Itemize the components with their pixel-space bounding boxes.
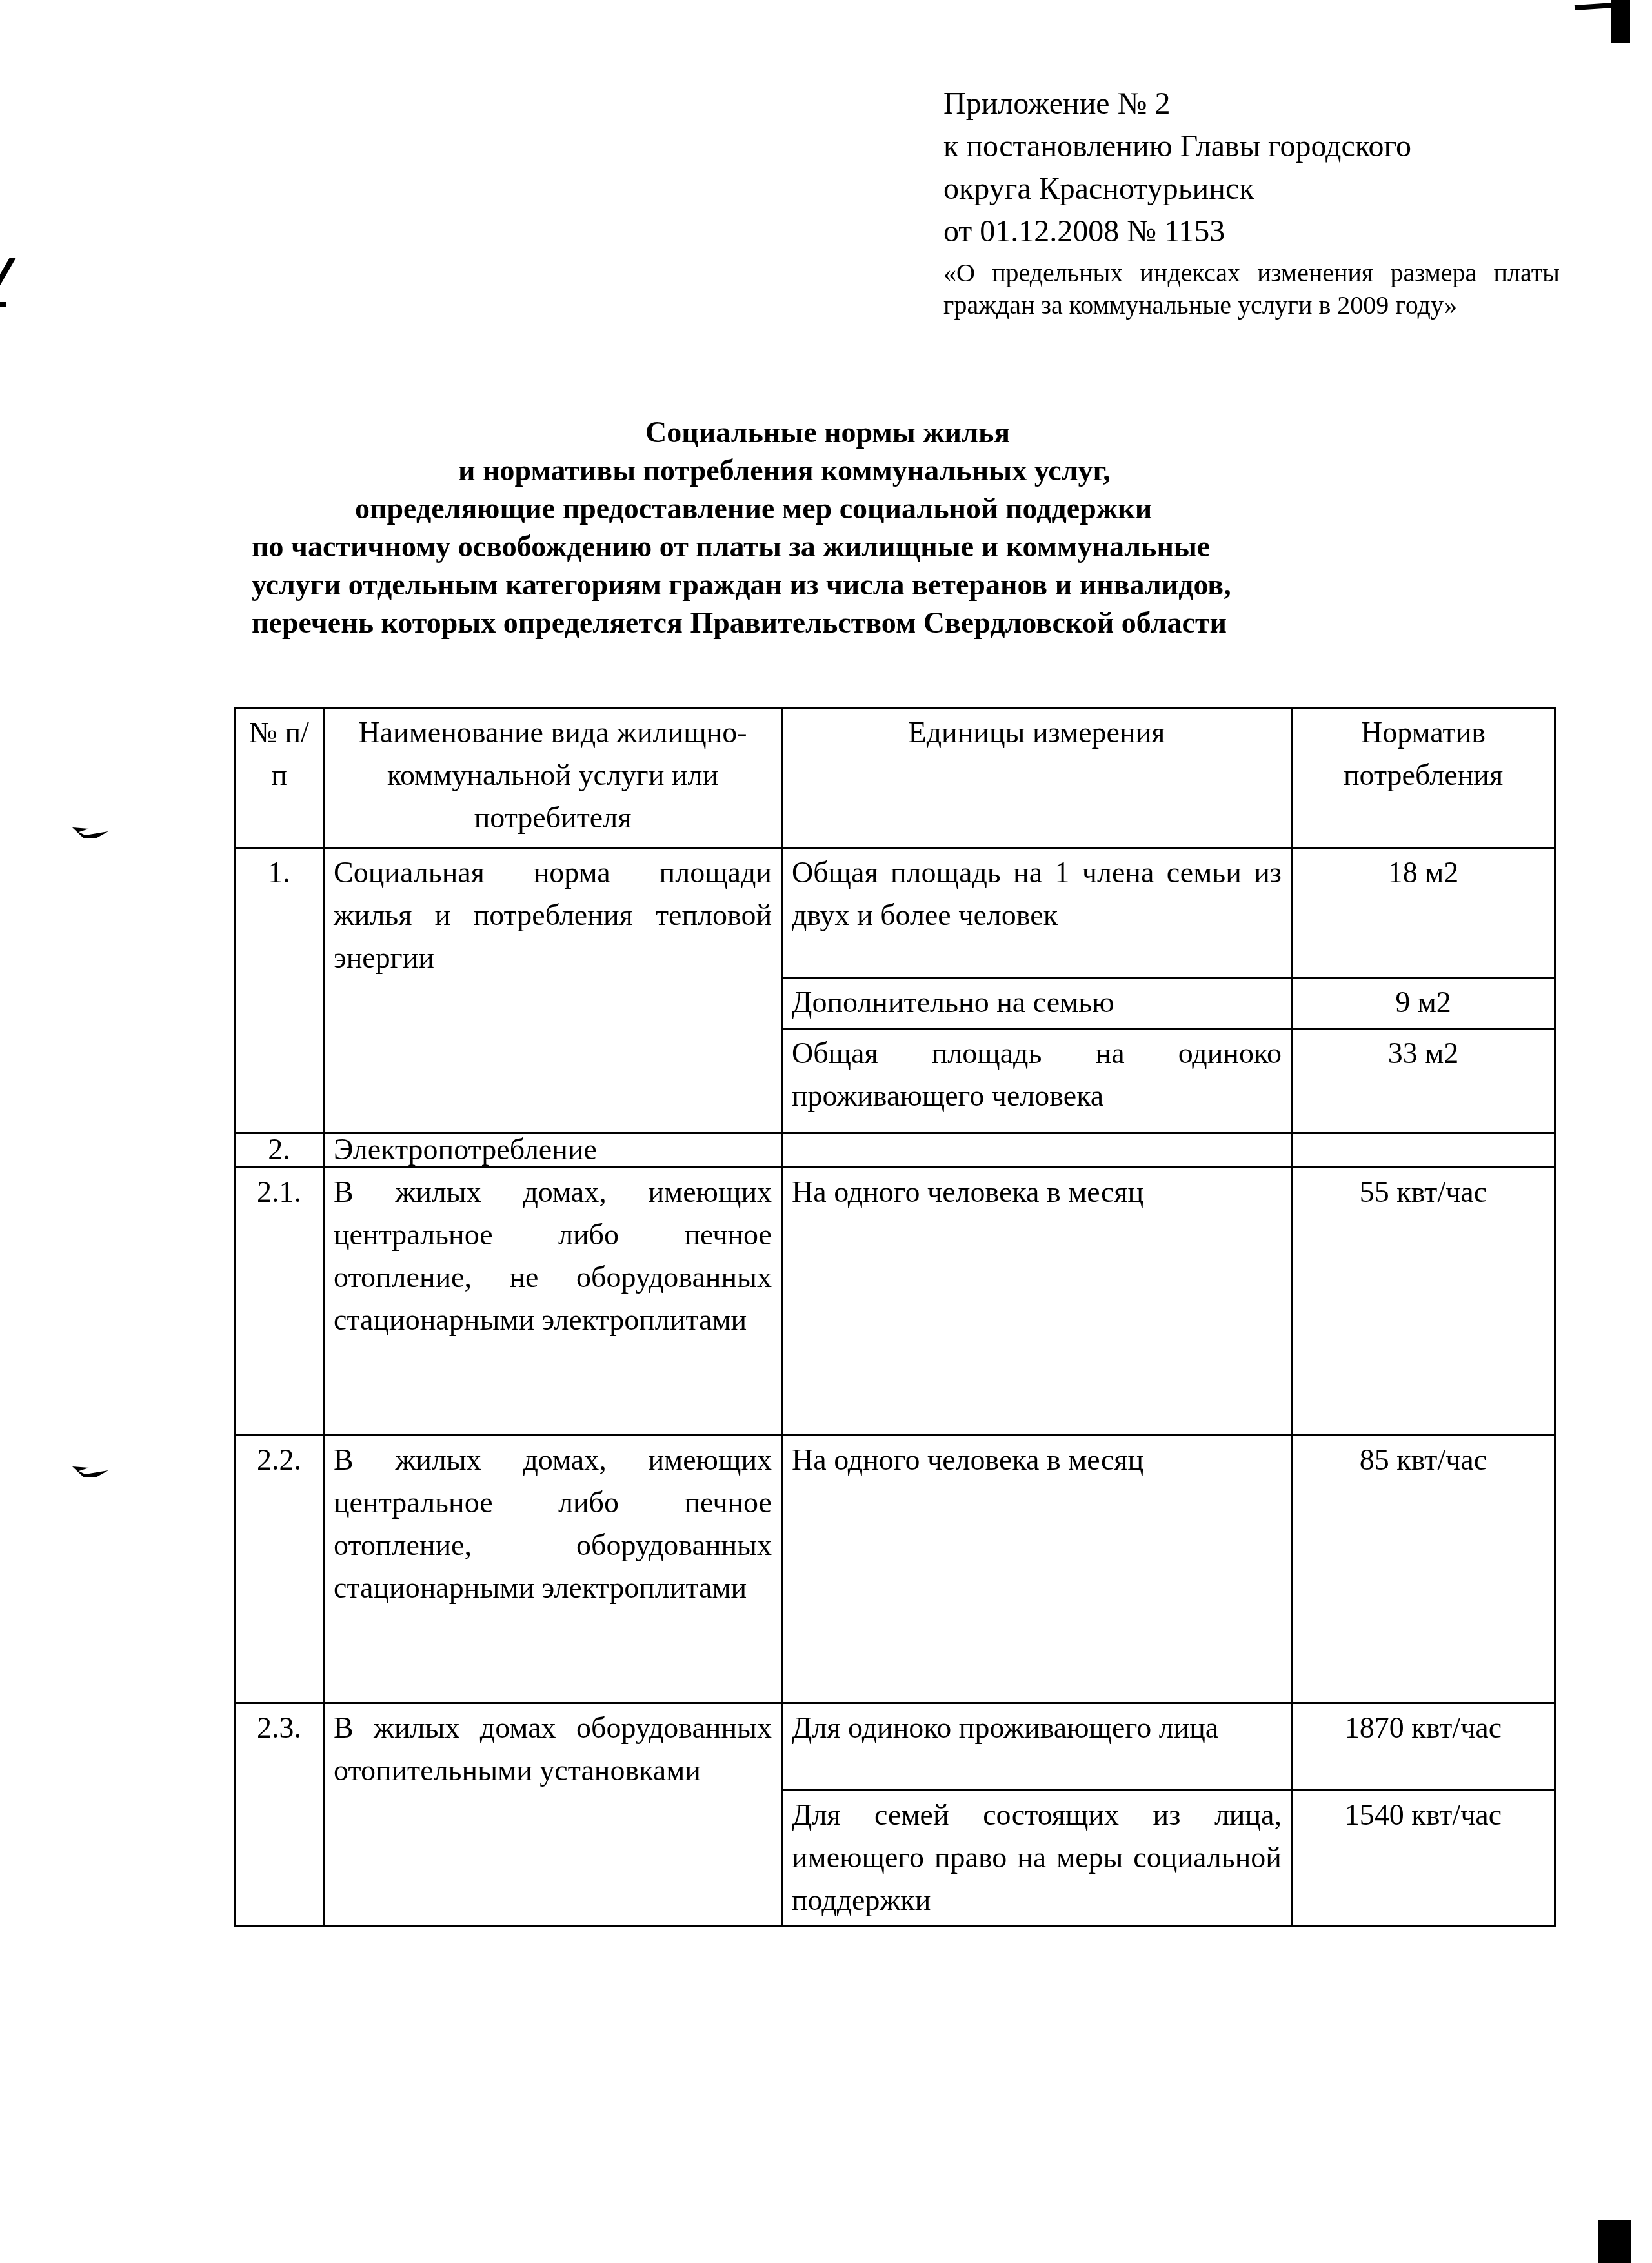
row-unit (782, 1133, 1292, 1168)
annex-reference: Приложение № 2 к постановлению Главы гор… (943, 83, 1563, 321)
annex-decree: к постановлению Главы городского (943, 125, 1563, 168)
annex-date-number: от 01.12.2008 № 1153 (943, 210, 1563, 253)
row-number: 2. (235, 1133, 324, 1168)
row-norm-value: 1540 квт/час (1292, 1791, 1555, 1927)
annex-number: Приложение № 2 (943, 83, 1563, 125)
punch-hook-mark (71, 1465, 110, 1479)
row-number: 2.2. (235, 1436, 324, 1703)
table-row: 1. Социальная норма площади жилья и потр… (235, 848, 1555, 978)
row-norm-value: 33 м2 (1292, 1029, 1555, 1133)
title-line: услуги отдельным категориям граждан из ч… (245, 565, 1536, 604)
row-norm-value: 55 квт/час (1292, 1168, 1555, 1436)
row-norm-value: 1870 квт/час (1292, 1703, 1555, 1791)
row-norm-value (1292, 1133, 1555, 1168)
scan-tick-mark (0, 258, 15, 290)
header-units: Единицы измерения (782, 708, 1292, 848)
row-service-name: В жилых домах, имеющих центральное либо … (324, 1168, 782, 1436)
row-unit: На одного человека в месяц (782, 1168, 1292, 1436)
row-norm-value: 9 м2 (1292, 978, 1555, 1029)
norms-table: № п/п Наименование вида жилищно-коммунал… (234, 707, 1556, 1927)
row-service-name: Электропотребление (324, 1133, 782, 1168)
scan-edge-mark (1611, 0, 1630, 43)
table-row: 2.1. В жилых домах, имеющих центральное … (235, 1168, 1555, 1436)
scan-edge-mark (1598, 2220, 1631, 2263)
punch-hook-mark (71, 826, 110, 840)
annex-district: округа Краснотурьинск (943, 168, 1563, 210)
title-line: и нормативы потребления коммунальных усл… (245, 451, 1536, 489)
row-service-name: В жилых домах, имеющих центральное либо … (324, 1436, 782, 1703)
row-number: 1. (235, 848, 324, 1133)
header-norm: Норматив потребления (1292, 708, 1555, 848)
row-unit: Для семей состоящих из лица, имеющего пр… (782, 1791, 1292, 1927)
row-number: 2.3. (235, 1703, 324, 1927)
title-line: Социальные нормы жилья (245, 413, 1536, 451)
title-line: определяющие предоставление мер социальн… (245, 489, 1536, 527)
table-row: 2.3. В жилых домах оборудованных отопите… (235, 1703, 1555, 1791)
header-number: № п/п (235, 708, 324, 848)
row-service-name: Социальная норма площади жилья и потребл… (324, 848, 782, 1133)
title-line: перечень которых определяется Правительс… (245, 604, 1536, 642)
row-unit: Общая площадь на одиноко проживающего че… (782, 1029, 1292, 1133)
table-header-row: № п/п Наименование вида жилищно-коммунал… (235, 708, 1555, 848)
row-unit: Дополнительно на семью (782, 978, 1292, 1029)
scan-tick-mark (0, 302, 6, 307)
scan-edge-mark (1575, 3, 1613, 10)
row-unit: Для одиноко проживающего лица (782, 1703, 1292, 1791)
row-norm-value: 18 м2 (1292, 848, 1555, 978)
row-number: 2.1. (235, 1168, 324, 1436)
document-title: Социальные нормы жилья и нормативы потре… (245, 413, 1536, 642)
row-norm-value: 85 квт/час (1292, 1436, 1555, 1703)
annex-subject: «О предельных индексах изменения размера… (943, 257, 1560, 321)
table-row: 2. Электропотребление (235, 1133, 1555, 1168)
title-line: по частичному освобождению от платы за ж… (245, 527, 1536, 565)
table-row: 2.2. В жилых домах, имеющих центральное … (235, 1436, 1555, 1703)
row-service-name: В жилых домах оборудованных отопительным… (324, 1703, 782, 1927)
row-unit: Общая площадь на 1 члена семьи из двух и… (782, 848, 1292, 978)
row-unit: На одного человека в месяц (782, 1436, 1292, 1703)
header-service-name: Наименование вида жилищно-коммунальной у… (324, 708, 782, 848)
